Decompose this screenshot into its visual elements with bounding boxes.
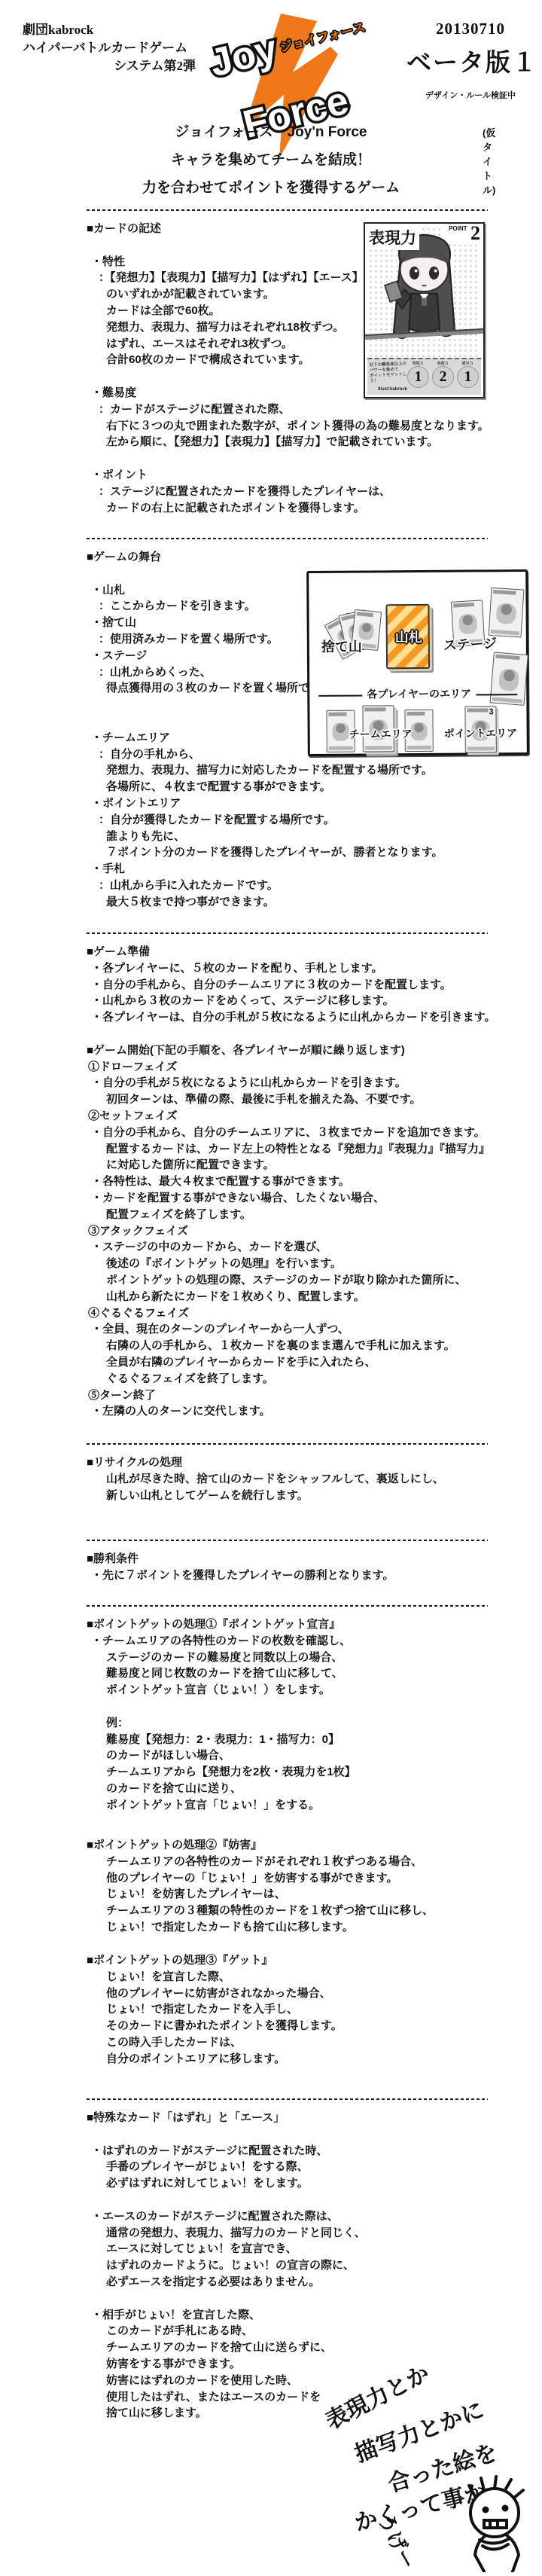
credit-block: 劇団kabrock ハイパーバトルカードゲーム システム第2弾 — [23, 21, 196, 75]
difficulty-circles: 発想力 1 表現力 2 描写力 1 — [407, 362, 478, 388]
player-area-label: 各プレイヤーのエリア — [362, 685, 476, 701]
section-heading: ■ポイントゲットの処理③『ゲット』 — [87, 1952, 489, 1969]
doc-line: ・カードを配置する事ができない場合、したくない場合、 — [91, 1190, 489, 1207]
doc-line: はずれのカードように。じょい！の宣言の際に、 — [106, 2257, 489, 2274]
doc-line: ・手札 — [91, 861, 489, 877]
section-heading: ■ゲーム開始(下記の手順を、各プレイヤーが順に繰り返します) — [87, 1042, 489, 1059]
doc-line: 右隣の人の手札から、１枚カードを裏のまま選んで手札に加えます。 — [106, 1338, 489, 1354]
section-heading: ■ゲームの舞台 — [87, 549, 489, 566]
section-heading: ■ポイントゲットの処理②『妨害』 — [87, 1837, 489, 1854]
section: ■ポイントゲットの処理③『ゲット』じょい！を宣言した際、他のプレイヤーに妨害がさ… — [87, 1952, 489, 2068]
doc-line: ：ステージに配置されたカードを獲得したプレイヤーは、 — [99, 484, 489, 500]
section-divider — [87, 1605, 488, 1607]
tagline-2: 力を合わせてポイントを獲得するゲーム — [0, 176, 542, 197]
section-divider — [87, 1540, 488, 1541]
doc-line: 例： — [106, 1715, 489, 1732]
doc-line: 後述の『ポイントゲットの処理』を行います。 — [106, 1256, 489, 1272]
section-heading: ■特殊なカード「はずれ」と「エース」 — [87, 2110, 489, 2126]
doc-line: ③アタックフェイズ — [88, 1223, 489, 1240]
difficulty-depiction: 描写力 1 — [457, 362, 478, 388]
section-heading: ■リサイクルの処理 — [87, 1454, 489, 1471]
doc-line: 難易度と同じ枚数のカードを捨て山に移して、 — [106, 1665, 489, 1682]
doc-line: ・山札から３枚のカードをめくって、ステージに移します。 — [91, 993, 489, 1009]
discard-pile-label: 捨て山 — [321, 636, 362, 656]
doc-line: じょい！を妨害したプレイヤーは、 — [106, 1886, 489, 1903]
doc-line: 必ずエースを指定する必要はありません。 — [106, 2274, 489, 2291]
credit-line-3: システム第2弾 — [23, 57, 196, 75]
doc-line: ・自分の手札から、自分のチームエリアに３枚のカードを配置します。 — [91, 977, 489, 993]
stage-card — [489, 588, 525, 638]
doc-line: 手番のプレイヤーがじょい！をする際、 — [106, 2159, 489, 2175]
doc-line: チームエリアの３種類の特性のカードを１枚ずつ捨て山に移し、 — [106, 1903, 489, 1919]
section-divider — [87, 209, 488, 211]
point-card-value: 3 — [489, 707, 493, 716]
section: ■ゲーム準備・各プレイヤーに、５枚のカードを配り、手札とします。・自分の手札から… — [87, 932, 489, 1420]
stage-label: ステージ — [443, 633, 497, 655]
doc-line: そのカードに書かれたポイントを獲得します。 — [106, 2018, 489, 2034]
illustrator-credit: Illust:kabrock — [378, 387, 407, 392]
doc-line: このカードが手札にある時、 — [106, 2323, 489, 2339]
doodle-character-icon — [440, 2471, 534, 2572]
tagline-1: キャラを集めてチームを結成！ — [0, 148, 542, 169]
credit-line-2: ハイパーバトルカードゲーム — [23, 39, 196, 57]
doc-line: のカードがほしい場合、 — [106, 1747, 489, 1764]
card-footer-strip: 右下の難易度以上の パワーを集めて ポイントをゲットしよう！ Illust:ka… — [367, 358, 481, 395]
doc-line: ⑤ターン終了 — [88, 1387, 489, 1404]
version-block: 20130710 ベータ版１ デザイン・ルール検証中 — [406, 20, 534, 101]
doc-line: ぐるぐるフェイズを終了します。 — [106, 1371, 489, 1387]
doc-line — [87, 1699, 489, 1715]
doc-line: ：自分が獲得したカードを配置する場所です。 — [99, 812, 489, 829]
doc-line: 初回ターンは、準備の際、最後に手札を揃えた為、不要です。 — [106, 1091, 489, 1108]
deck-stack: 山札 — [385, 604, 430, 669]
stage-card — [489, 652, 528, 705]
doc-line: エースに対してじょい！を宣言でき、 — [106, 2241, 489, 2257]
doc-line: ・ステージの中のカードから、カードを選び、 — [91, 1239, 489, 1256]
doc-line: じょい！で指定したカードを入手し、 — [106, 2001, 489, 2018]
doc-line: ・各プレイヤーに、５枚のカードを配り、手札とします。 — [91, 960, 489, 977]
doc-line: ・相手がじょい！を宣言した際、 — [91, 2307, 489, 2324]
doc-line: 左から順に、【発想力】【表現力】【描写力】で記載されています。 — [106, 434, 489, 450]
doc-line: ・各プレイヤーは、自分の手札が５枚になるように山札からカードを引きます。 — [91, 1009, 489, 1026]
doc-line: 自分のポイントエリアに移します。 — [106, 2051, 489, 2068]
section-divider — [87, 932, 488, 934]
version-name: ベータ版１ — [406, 43, 534, 78]
section: ■勝利条件・先に７ポイントを獲得したプレイヤーの勝利となります。 — [87, 1540, 489, 1584]
doc-line: ７ポイント分のカードを獲得したプレイヤーが、勝者となります。 — [106, 844, 489, 861]
doc-line: 右下に３つの丸で囲まれた数字が、ポイント獲得の為の難易度となります。 — [106, 418, 489, 435]
doc-line: ポイントゲット宣言「じょい！」をする。 — [106, 1797, 489, 1814]
doc-line: ①ドローフェイズ — [88, 1059, 489, 1076]
doc-line: ・全員、現在のターンのプレイヤーから一人ずつ、 — [91, 1321, 489, 1338]
team-area-label: チームエリア — [349, 726, 413, 742]
difficulty-expression: 表現力 2 — [432, 362, 453, 388]
doc-line: ポイントゲットの処理の際、ステージのカードが取り除かれた箇所に、 — [106, 1272, 489, 1289]
doc-line: 妨害をする事ができます。 — [106, 2356, 489, 2373]
difficulty-idea: 発想力 1 — [407, 362, 428, 388]
doc-line: ・エースのカードがステージに配置された際は、 — [91, 2208, 489, 2225]
title-block: ジョイフォース Joy'n Force キャラを集めてチームを結成！ 力を合わせ… — [0, 121, 542, 197]
doc-line: チームエリアから【発想力を2枚・表現力を1枚】 — [106, 1764, 489, 1781]
doc-line: ：カードがステージに配置された際、 — [99, 401, 489, 418]
doc-line: カードの右上に記載されたポイントを獲得します。 — [106, 500, 489, 517]
doc-line: ・ポイントエリア — [91, 795, 489, 812]
doc-line: ・自分の手札から、自分のチームエリアに、３枚までカードを追加できます。 — [91, 1125, 489, 1141]
doc-line: 他のプレイヤーに妨害がされなかった場合、 — [106, 1985, 489, 2002]
doc-line: のカードを捨て山に送り、 — [106, 1781, 489, 1797]
doc-line: 各場所に、４枚まで配置する事ができます。 — [106, 779, 489, 795]
section: ■ポイントゲットの処理②『妨害』チームエリアの各特性のカードがそれぞれ１枚ずつあ… — [87, 1837, 489, 1936]
doc-line: ポイントゲット宣言（じょい！）をします。 — [106, 1682, 489, 1699]
card-point-badge: POINT 2 — [443, 225, 482, 245]
rulebook-page: 劇団kabrock ハイパーバトルカードゲーム システム第2弾 Joy Forc… — [0, 0, 542, 2576]
doc-line — [87, 2192, 489, 2208]
section-divider — [87, 538, 488, 539]
section: ■リサイクルの処理山札が尽きた時、捨て山のカードをシャッフルして、裏返しにし、新… — [87, 1443, 489, 1503]
game-board-figure: 捨て山 山札 ステージ 各プレイヤーのエリア チームエリア 3 ポイントエリア — [306, 569, 529, 756]
doc-line: ・ポイント — [91, 467, 489, 484]
game-title: ジョイフォース Joy'n Force — [0, 121, 542, 141]
doc-line: 他のプレイヤーの「じょい！」を妨害する事ができます。 — [106, 1870, 489, 1887]
section: ■ポイントゲットの処理①『ポイントゲット宣言』・チームエリアの各特性のカードの枚… — [87, 1605, 489, 1814]
doc-line: 発想力、表現力、描写力に対応したカードを配置する場所です。 — [106, 762, 489, 779]
doc-line: チームエリアの各特性のカードがそれぞれ１枚ずつある場合、 — [106, 1854, 489, 1870]
doc-line: ・先に７ポイントを獲得したプレイヤーの勝利となります。 — [91, 1567, 489, 1584]
section-divider — [87, 2098, 488, 2100]
doc-line: 通常の発想力、表現力、描写力のカードと同じく、 — [106, 2225, 489, 2242]
section-heading: ■ポイントゲットの処理①『ポイントゲット宣言』 — [87, 1616, 489, 1633]
doc-line — [87, 1026, 489, 1042]
doc-line: じょい！で指定したカードも捨て山に移します。 — [106, 1919, 489, 1936]
doc-line: ④ぐるぐるフェイズ — [88, 1305, 489, 1322]
version-date: 20130710 — [406, 20, 534, 38]
sample-card-figure: 表現力 POINT 2 右下の難易度以上の パワーを集めて ポイントをゲットしよ… — [364, 222, 485, 398]
doc-line — [87, 2291, 489, 2307]
doc-line: ・自分の手札が５枚になるように山札からカードを引きます。 — [91, 1075, 489, 1091]
doc-line: 山札から新たにカードを１枚めくり、配置します。 — [106, 1289, 489, 1305]
deck-label: 山札 — [395, 627, 422, 646]
point-area-label: ポイントエリア — [444, 725, 518, 741]
doc-line: ：山札から手に入れたカードです。 — [99, 877, 489, 894]
doc-line: ・チームエリアの各特性のカードの枚数を確認し、 — [91, 1633, 489, 1650]
doc-line: 難易度【発想力：2・表現力：1・描写力：0】 — [106, 1732, 489, 1748]
doc-line: に対応した箇所に配置できます。 — [106, 1157, 489, 1174]
doc-line: ・はずれのカードがステージに配置された時、 — [91, 2143, 489, 2159]
doc-line: ステージのカードの難易度と同数以上の場合、 — [106, 1650, 489, 1666]
doc-line: 使用したはずれ、またはエースのカードを — [106, 2389, 489, 2406]
doc-line: チームエリアのカードを捨て山に送らずに、 — [106, 2339, 489, 2356]
doc-line: 最大５枚まで持つ事ができます。 — [106, 894, 489, 911]
section-heading: ■勝利条件 — [87, 1551, 489, 1567]
doc-line: 配置フェイズを終了します。 — [106, 1207, 489, 1223]
doc-line — [87, 450, 489, 467]
doc-line: 全員が右隣のプレイヤーからカードを手に入れたら、 — [106, 1354, 489, 1371]
doc-line: 誰よりも先に、 — [106, 829, 489, 845]
doc-line: ②セットフェイズ — [88, 1108, 489, 1125]
credit-line-1: 劇団kabrock — [23, 21, 196, 39]
doc-line: 必ずはずれに対してじょい！をします。 — [106, 2175, 489, 2192]
doc-line: じょい！を宣言した際、 — [106, 1969, 489, 1985]
card-trait-label: 表現力 — [367, 225, 419, 250]
point-value: 2 — [470, 222, 480, 244]
doc-line: この時入手したカードは、 — [106, 2034, 489, 2051]
point-label: POINT — [449, 225, 467, 232]
doc-line: ・左隣の人のターンに交代します。 — [91, 1403, 489, 1420]
doc-line: 新しい山札としてゲームを続行します。 — [106, 1488, 489, 1504]
doc-line: 配置するカードは、カード左上の特性となる『発想力』『表現力』『描写力』 — [106, 1141, 489, 1158]
doc-line — [87, 2126, 489, 2143]
doc-line: 山札が尽きた時、捨て山のカードをシャッフルして、裏返しにし、 — [106, 1471, 489, 1488]
section-heading: ■ゲーム準備 — [87, 944, 489, 960]
section-divider — [87, 1443, 488, 1445]
doc-line: ・各特性は、最大４枚まで配置する事ができます。 — [91, 1174, 489, 1190]
version-status: デザイン・ルール検証中 — [406, 89, 534, 101]
